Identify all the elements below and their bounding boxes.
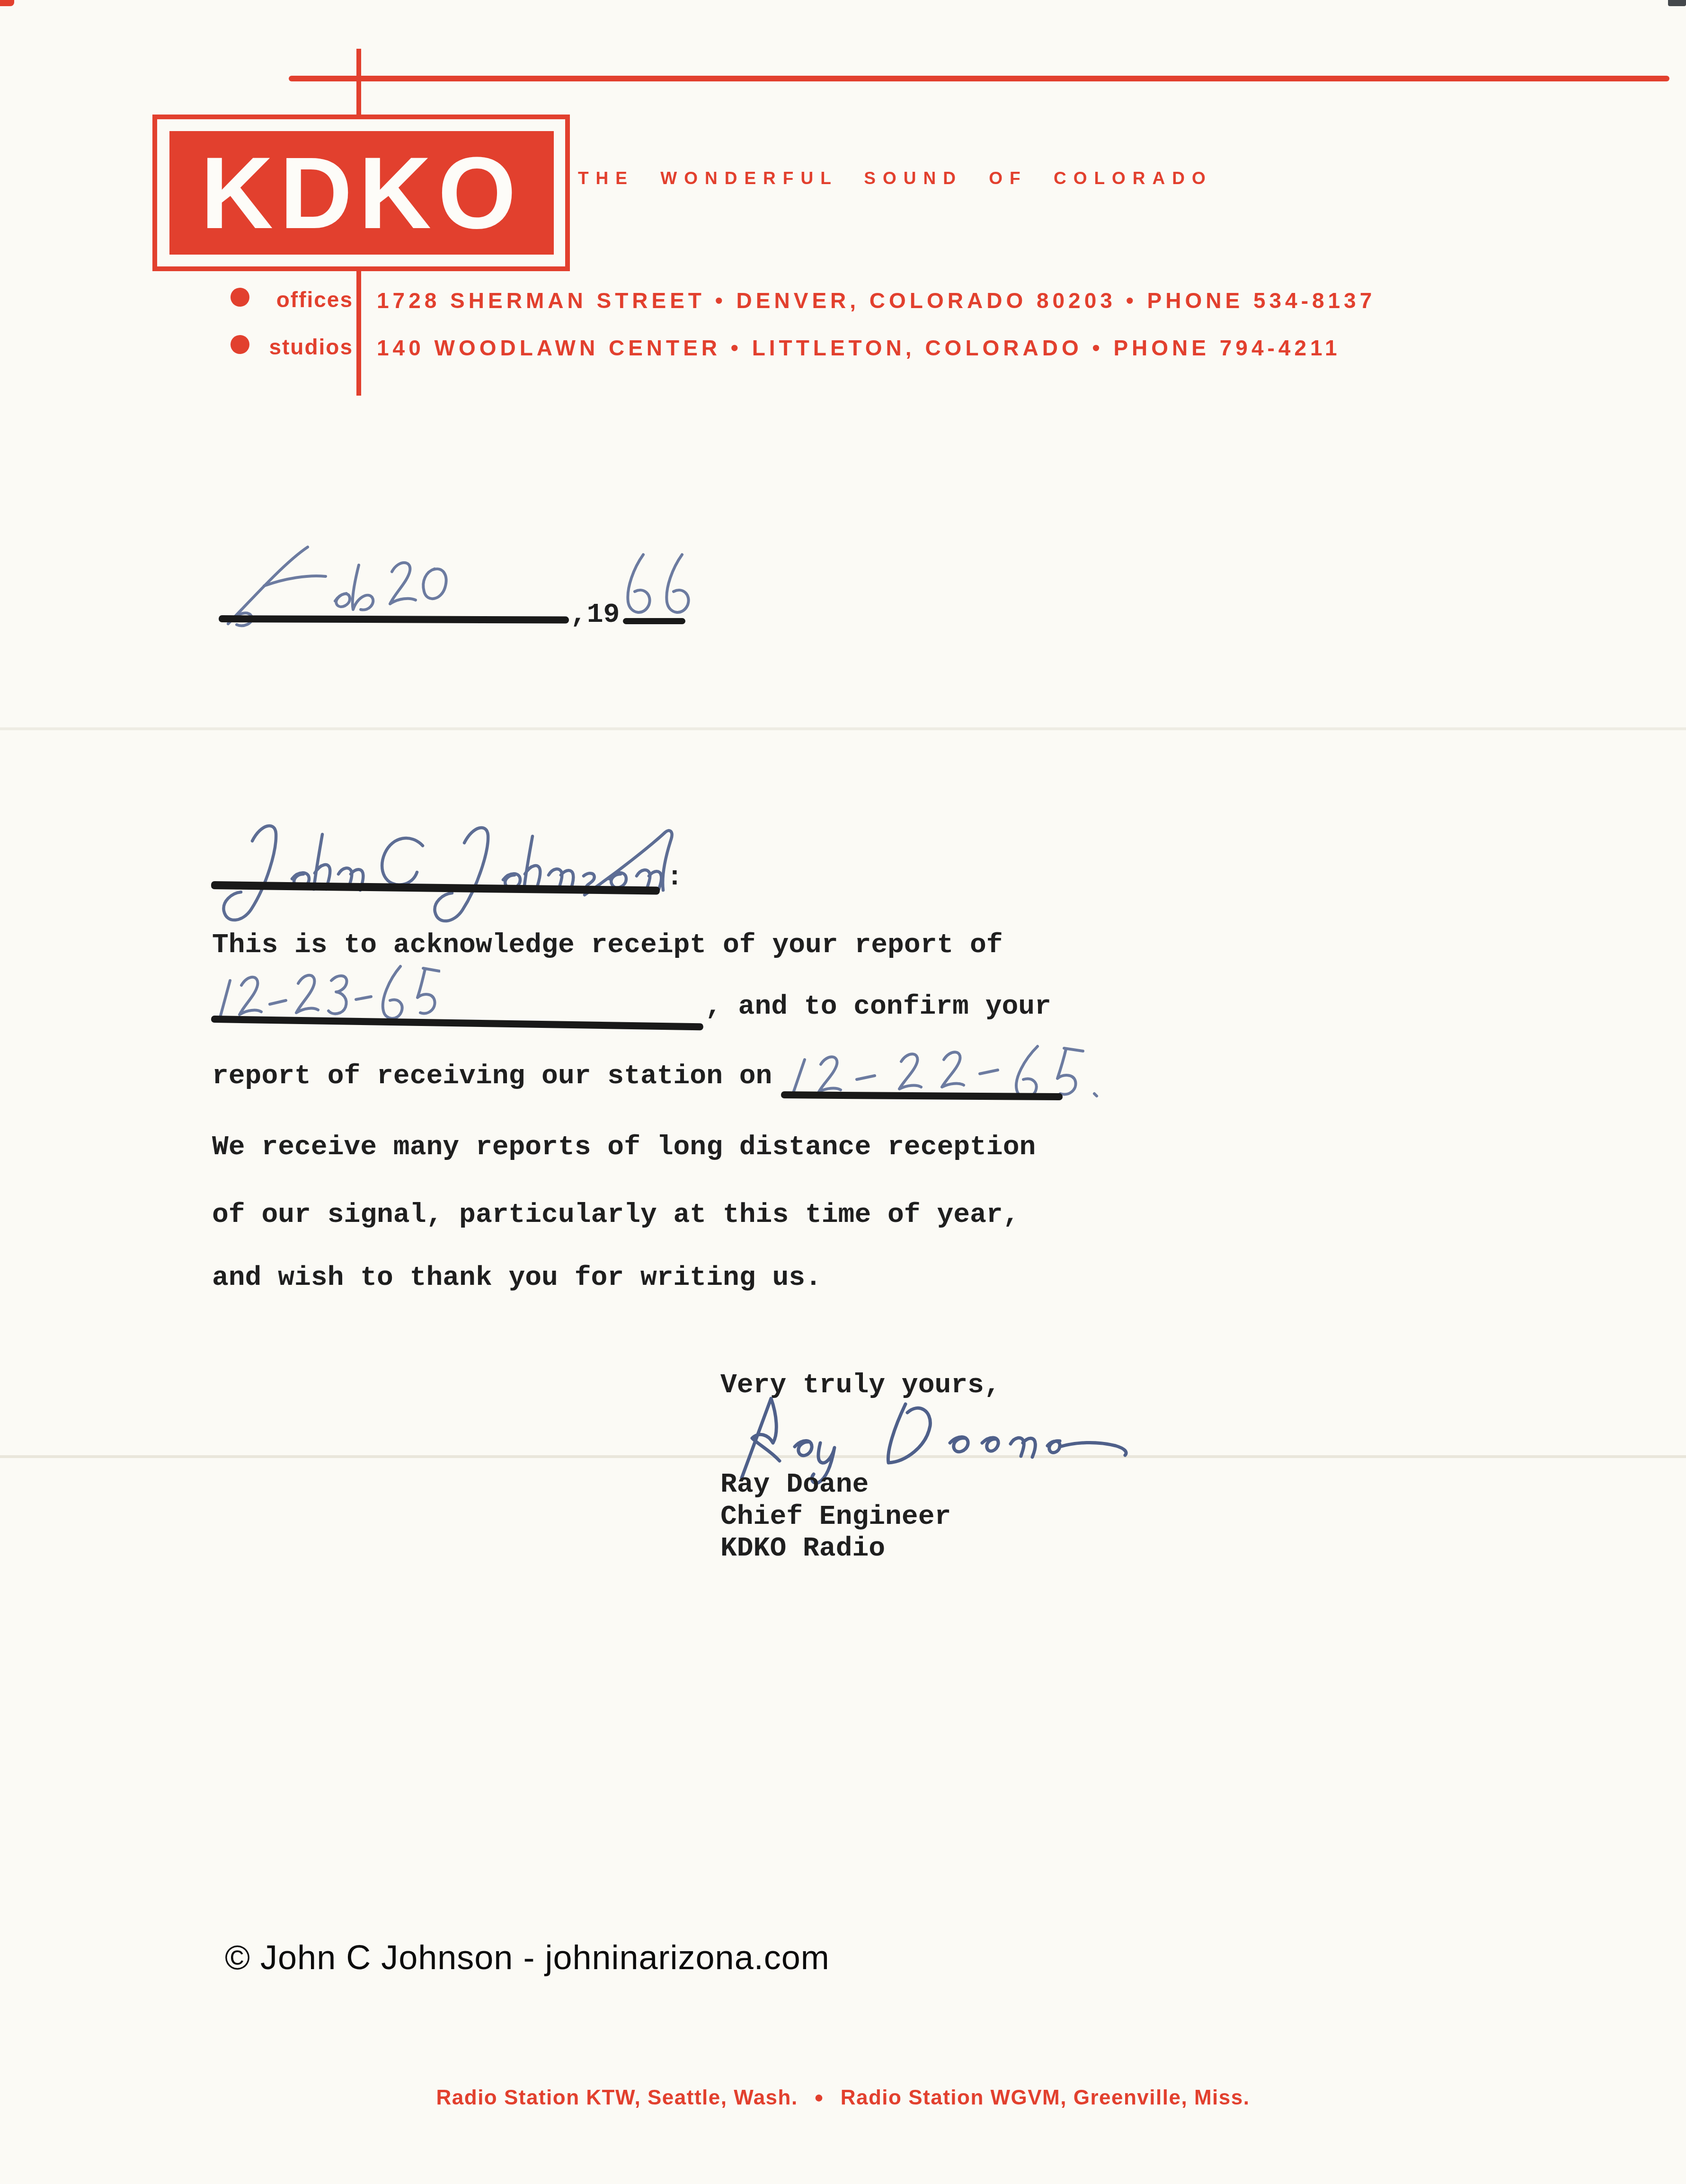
date-fill-in-line bbox=[219, 615, 569, 624]
letterhead-vertical-rule-lower bbox=[356, 270, 361, 396]
footer-station-right: Radio Station WGVM, Greenville, Miss. bbox=[841, 2086, 1250, 2109]
year-fill-in-line bbox=[623, 618, 685, 624]
footer-station-left: Radio Station KTW, Seattle, Wash. bbox=[436, 2086, 798, 2109]
copyright-watermark: © John C Johnson - johninarizona.com bbox=[225, 1938, 830, 1977]
station-logo: KDKO bbox=[169, 131, 554, 255]
letterhead-vertical-rule-upper bbox=[356, 49, 361, 118]
footer-bullet-icon: ● bbox=[814, 2088, 825, 2107]
body-line-4: We receive many reports of long distance… bbox=[212, 1132, 1036, 1163]
station-call-letters: KDKO bbox=[201, 141, 523, 244]
scan-corner-mark-right bbox=[1668, 0, 1686, 6]
station-tagline: THE WONDERFUL SOUND OF COLORADO bbox=[578, 168, 1213, 188]
studios-label: studios bbox=[227, 334, 353, 360]
letterhead-horizontal-rule bbox=[289, 76, 1669, 81]
signer-name: Ray Doane bbox=[720, 1469, 869, 1500]
handwritten-year bbox=[613, 550, 693, 626]
handwritten-recipient-name bbox=[196, 812, 684, 932]
scan-corner-mark-left bbox=[0, 0, 14, 6]
salutation-colon: : bbox=[666, 862, 683, 893]
body-line-6: and wish to thank you for writing us. bbox=[212, 1263, 822, 1293]
signer-org: KDKO Radio bbox=[720, 1533, 885, 1564]
offices-label: offices bbox=[227, 287, 353, 312]
body-line-2-continuation: , and to confirm your bbox=[705, 991, 1051, 1022]
signer-title: Chief Engineer bbox=[720, 1502, 951, 1532]
scanned-letter: KDKO THE WONDERFUL SOUND OF COLORADO off… bbox=[0, 0, 1686, 2184]
body-line-1: This is to acknowledge receipt of your r… bbox=[212, 930, 1003, 961]
studios-address: 140 WOODLAWN CENTER • LITTLETON, COLORAD… bbox=[377, 335, 1341, 361]
offices-address: 1728 SHERMAN STREET • DENVER, COLORADO 8… bbox=[377, 288, 1375, 313]
scan-streak bbox=[0, 727, 1686, 730]
body-line-5: of our signal, particularly at this time… bbox=[212, 1200, 1019, 1230]
body-line-3: report of receiving our station on bbox=[212, 1061, 772, 1092]
footer-stations: Radio Station KTW, Seattle, Wash.●Radio … bbox=[0, 2086, 1686, 2110]
printed-year-prefix: ,19 bbox=[570, 600, 620, 630]
